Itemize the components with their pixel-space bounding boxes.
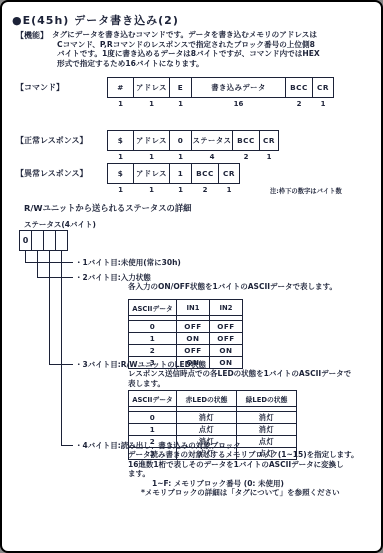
- byte3-desc: 表します。: [128, 379, 351, 388]
- frame-cell: $1: [107, 130, 134, 161]
- function-text: タグにデータを書き込むコマンドです。データを書き込むメモリのアドレスは Cコマン…: [52, 30, 320, 68]
- frame-cell-label: 0: [169, 130, 192, 151]
- frame-cell: BCC2: [191, 163, 219, 194]
- frame-cell-bytes: 1: [218, 184, 240, 194]
- byte2-item: ・2バイト目:入力状態 各入力のON/OFF状態を1バイトのASCIIデータで表…: [75, 273, 337, 292]
- frame-cell-label: #: [107, 77, 134, 98]
- command-frame-table: #1アドレス1E1書き込みデータ16BCC2CR1: [107, 77, 334, 108]
- table-row: 0消灯消灯: [129, 412, 297, 424]
- function-line: Cコマンド、P,Rコマンドのレスポンスで指定されたブロック番号の上位側8: [52, 40, 320, 50]
- data-cell: OFF: [177, 345, 210, 357]
- frame-cell: BCC2: [285, 77, 313, 108]
- byte1-line: ・1バイト目:未使用(常に30h): [75, 258, 181, 267]
- frame-cell: ステータス4: [191, 130, 233, 161]
- frame-cell-bytes: 1: [107, 151, 134, 161]
- frame-cell-label: E: [169, 77, 192, 98]
- abnormal-response-label: 【異常レスポンス】: [16, 168, 88, 179]
- function-line: 形式で指定するため16バイトになります。: [52, 59, 320, 69]
- normal-response-frame-table: $1アドレス101ステータス4BCC2CR1: [107, 130, 279, 161]
- status-detail-heading: R/Wユニットから送られるステータスの詳細: [24, 202, 191, 214]
- frame-cell-label: BCC: [285, 77, 313, 98]
- byte4-title: 読み出し、書き込みの対象ブロック: [121, 441, 241, 450]
- status-bytes-boxes: 0: [19, 230, 68, 251]
- byte4-item: ・4バイト目:読み出し、書き込みの対象ブロック データ読み書きの対象とするメモリ…: [75, 441, 359, 497]
- byte2-title: 入力状態: [121, 273, 151, 282]
- input-state-table: ASCIIデータIN1IN20OFFOFF1ONOFF2OFFON3ONON: [128, 299, 243, 369]
- data-cell: 1: [129, 333, 177, 345]
- header-cell: IN1: [177, 300, 210, 316]
- byte4-bullet: ・4バイト目:: [75, 441, 121, 450]
- status-bytes-label: ステータス(4バイト): [24, 219, 96, 230]
- data-cell: OFF: [210, 321, 243, 333]
- frame-cell: 01: [169, 130, 192, 161]
- frame-cell: 書き込みデータ16: [191, 77, 286, 108]
- data-cell: 消灯: [237, 424, 297, 436]
- page-title: ●E(45h) データ書き込み(2): [12, 12, 179, 28]
- frame-cell-label: $: [107, 130, 134, 151]
- table-row: 0OFFOFF: [129, 321, 243, 333]
- data-cell: OFF: [210, 333, 243, 345]
- frame-cell-label: アドレス: [133, 130, 170, 151]
- data-cell: 消灯: [237, 412, 297, 424]
- function-label: 【機能】: [16, 30, 52, 41]
- header-cell: 赤LEDの状態: [177, 391, 237, 407]
- frame-cell: 11: [169, 163, 192, 194]
- frame-cell-label: ステータス: [191, 130, 233, 151]
- byte4-sub: 1~F: メモリブロック番号 (0: 未使用): [152, 479, 359, 488]
- table-row: ASCIIデータIN1IN2: [129, 300, 243, 316]
- frame-cell-bytes: 1: [259, 151, 279, 161]
- frame-cell-label: BCC: [191, 163, 219, 184]
- header-cell: ASCIIデータ: [129, 391, 177, 407]
- byte3-bullet: ・3バイト目:: [75, 360, 121, 369]
- table-row: 1点灯消灯: [129, 424, 297, 436]
- frame-cell-bytes: 2: [232, 151, 260, 161]
- frame-cell: CR1: [259, 130, 279, 161]
- frame-cell-bytes: 1: [133, 98, 170, 108]
- frame-cell-bytes: 1: [169, 151, 192, 161]
- data-cell: OFF: [177, 321, 210, 333]
- byte1-title: 未使用(常に30h): [121, 258, 181, 267]
- byte3-title: R/WユニットのLED状態: [121, 360, 206, 369]
- frame-cell-bytes: 1: [169, 98, 192, 108]
- byte4-desc: ます。: [128, 469, 359, 478]
- byte4-desc: データ読み書きの対象とするメモリブロック(1~15)を指定します。: [128, 450, 359, 459]
- table-row: 2OFFON: [129, 345, 243, 357]
- byte3-desc: レスポンス送信時点での各LEDの状態を1バイトのASCIIデータで: [128, 369, 351, 378]
- frame-cell-bytes: 16: [191, 98, 286, 108]
- frame-cell-label: $: [107, 163, 134, 184]
- normal-response-label: 【正常レスポンス】: [16, 135, 88, 146]
- table-row: 1ONOFF: [129, 333, 243, 345]
- data-cell: 消灯: [177, 412, 237, 424]
- status-byte-box: [55, 230, 68, 251]
- document-page: ●E(45h) データ書き込み(2) 【機能】 タグにデータを書き込むコマンドで…: [0, 0, 383, 553]
- byte2-desc: 各入力のON/OFF状態を1バイトのASCIIデータで表します。: [128, 282, 337, 291]
- frame-cell-label: CR: [218, 163, 240, 184]
- byte3-item: ・3バイト目:R/WユニットのLED状態 レスポンス送信時点での各LEDの状態を…: [75, 360, 351, 388]
- data-cell: 点灯: [177, 424, 237, 436]
- frame-cell-bytes: 1: [133, 184, 170, 194]
- frame-cell: #1: [107, 77, 134, 108]
- frame-cell: $1: [107, 163, 134, 194]
- frame-cell-bytes: 1: [169, 184, 192, 194]
- command-label: 【コマンド】: [16, 82, 64, 93]
- byte4-desc: 16進数1桁で表しそのデータを1バイトのASCIIデータに変換し: [128, 460, 359, 469]
- frame-cell: BCC2: [232, 130, 260, 161]
- byte-count-note: 注:枠下の数字はバイト数: [270, 186, 342, 195]
- frame-cell-bytes: 4: [191, 151, 233, 161]
- data-cell: ON: [210, 345, 243, 357]
- header-cell: ASCIIデータ: [129, 300, 177, 316]
- byte1-bullet: ・1バイト目:: [75, 258, 121, 267]
- data-cell: 0: [129, 412, 177, 424]
- byte1-item: ・1バイト目:未使用(常に30h): [75, 258, 181, 267]
- frame-cell: アドレス1: [133, 163, 170, 194]
- frame-cell-label: 書き込みデータ: [191, 77, 286, 98]
- header-cell: IN2: [210, 300, 243, 316]
- function-line: バイトです。1度に書き込めるデータは8バイトですが、コマンド内ではHEX: [52, 49, 320, 59]
- byte2-bullet: ・2バイト目:: [75, 273, 121, 282]
- frame-cell-bytes: 2: [191, 184, 219, 194]
- function-line: タグにデータを書き込むコマンドです。データを書き込むメモリのアドレスは: [52, 30, 320, 40]
- data-cell: ON: [177, 333, 210, 345]
- frame-cell-label: 1: [169, 163, 192, 184]
- frame-cell-label: アドレス: [133, 163, 170, 184]
- frame-cell-label: CR: [312, 77, 334, 98]
- frame-cell: CR1: [218, 163, 240, 194]
- data-cell: 1: [129, 424, 177, 436]
- frame-cell-label: BCC: [232, 130, 260, 151]
- frame-cell-bytes: 1: [107, 184, 134, 194]
- table-row: ASCIIデータ赤LEDの状態緑LEDの状態: [129, 391, 297, 407]
- header-cell: 緑LEDの状態: [237, 391, 297, 407]
- frame-cell: CR1: [312, 77, 334, 108]
- byte3-line: ・3バイト目:R/WユニットのLED状態: [75, 360, 351, 369]
- frame-cell-bytes: 1: [312, 98, 334, 108]
- data-cell: 2: [129, 345, 177, 357]
- frame-cell: アドレス1: [133, 130, 170, 161]
- data-cell: 0: [129, 321, 177, 333]
- byte4-sub: *メモリブロックの詳細は「タグについて」を参照ください: [141, 488, 359, 497]
- frame-cell: アドレス1: [133, 77, 170, 108]
- frame-cell-bytes: 1: [133, 151, 170, 161]
- frame-cell-label: アドレス: [133, 77, 170, 98]
- frame-cell-bytes: 1: [107, 98, 134, 108]
- frame-cell: E1: [169, 77, 192, 108]
- abnormal-response-frame-table: $1アドレス111BCC2CR1: [107, 163, 240, 194]
- byte2-line: ・2バイト目:入力状態: [75, 273, 337, 282]
- frame-cell-bytes: 2: [285, 98, 313, 108]
- byte4-line: ・4バイト目:読み出し、書き込みの対象ブロック: [75, 441, 359, 450]
- function-section: 【機能】 タグにデータを書き込むコマンドです。データを書き込むメモリのアドレスは…: [16, 30, 376, 68]
- frame-cell-label: CR: [259, 130, 279, 151]
